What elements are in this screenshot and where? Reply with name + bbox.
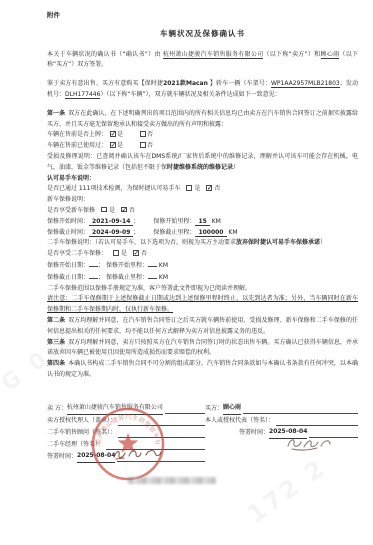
checkbox-used-no[interactable] [140,142,146,148]
option-label-yes: 是 [117,131,123,138]
seller-date-row: 签署时间：2025-08-04 [47,451,205,463]
buyer-rep-row: 本人或授权代表（签名）： [205,415,358,427]
approved-car-title: 认可易手车说明： [47,174,358,185]
article3-number: 第三条 [47,339,65,346]
whereas-paragraph: 鉴于卖方有意出售、买方有意购买【保时捷2021款Macan 】轿车一辆（车架号：… [47,79,358,101]
buyer-label: 买方： [205,404,223,415]
blank-field [148,260,157,267]
article1-paragraph: 第一条双方在此确认，在下述明确列出的项目范围内的所有相关信息均已由卖方在汽车销售… [47,109,358,131]
checkbox-new-warranty-yes[interactable] [101,207,107,213]
article2-body: 双方均理解并同意，在汽车销售合同签订之后买方就车辆售前使用、受损及修理、新车保修… [47,317,358,335]
blank-field [148,272,157,279]
intro-text-1: 本关于车辆状况的确认书（“确认书”）由 [47,51,163,58]
document-page: 附件 车辆状况及保修确认书 本关于车辆状况的确认书（“确认书”）由 杭州萧山捷骏… [0,0,373,545]
article3-body: 双方均理解并同意，卖方只按照买方在汽车销售合同签订时的状态出售车辆。买方确认已获… [47,339,358,357]
buyer-name-value: 顾心雨 [223,403,241,415]
checkbox-row-used: 车辆在售前已使用过：是否 [47,141,358,152]
checkbox-used-yes[interactable] [110,142,116,148]
checkbox-row-tech: 是否已通过 111项技术检测，为保时捷认可易手车是否 [47,184,358,195]
used-note-text-2: ） [320,239,326,246]
warranty-start-km-label: 保修开始里程： [153,218,195,225]
option-label-no: 否 [147,131,153,138]
used-warranty-end-row: 保修截止日期：； 保修截止里程： KM [47,272,358,284]
used-warranty-start-row: 保修开始日期：； 保修开始里程： KM [47,260,358,272]
seller-agent-label: 卖方授权代理人（盖章）： [47,416,116,427]
used-warranty-note: 二手车保修说明：（若认可易手车，以下选项为否，则视为买方主动要求放弃保时捷认可易… [47,238,358,249]
warranty-end-km: 100000 [195,229,226,237]
used-warranty-end-label: 保修截止日期： [47,274,89,281]
sign-date-label: 签署时间： [47,452,77,463]
buyer-sign-date: 2025-08-04 [269,427,307,439]
option-label-yes: 是 [109,207,115,214]
used-warranty-start-km-label: 保修开始里程： [106,262,148,269]
whereas-text-4: ）（以下称“车辆”），双方就车辆状况及相关条件达成如下一致意见： [100,91,280,98]
checkbox-tech-yes[interactable] [186,185,192,191]
checkbox-plate-no[interactable] [140,131,146,137]
article2-number: 第二条 [47,317,65,324]
used-warranty-start-label: 保修开始日期： [47,262,89,269]
damage-text-bold: 时捷维修系统的维修记录 [167,164,233,171]
article4-number: 第四条 [47,360,65,367]
used-note-text-1: 二手车保修说明：（若认可易手车，以下选项为否，则视为买方主动要求 [47,239,236,246]
intro-text-2: （以下称“卖方”）和 [263,51,320,58]
consultant-row: 二手车销售顾问（签名）： [47,427,205,439]
intro-paragraph: 本关于车辆状况的确认书（“确认书”）由 杭州萧山捷骏汽车销售服务有限公司（以下称… [47,50,358,72]
buyer-rep-label: 本人或授权代表（签名）： [205,416,274,427]
signature-line [117,461,205,462]
semicolon: ； [98,274,104,281]
km-unit: KM [212,218,221,225]
seller-company: 杭州萧山捷骏汽车销售服务有限公司 [67,403,163,415]
manager-row: 二手车经理（签名）： [47,439,205,451]
option-label-no: 否 [147,142,153,149]
warranty-start-row: 保修开始时间：2021-09-14；保修开始里程：15 KM [47,217,358,228]
signature-line [106,449,205,450]
seller-sign-date: 2025-08-04 [77,451,115,463]
blank-field [89,272,98,279]
seller-signature-column: 卖 方：杭州萧山捷骏汽车销售服务有限公司 卖方授权代理人（盖章）： 二手车销售顾… [47,403,205,463]
article2-paragraph: 第二条双方均理解并同意，在汽车销售合同签订之后买方就车辆售前使用、受损及修理、新… [47,316,358,338]
used-warranty-end-km-label: 保修截止里程： [106,274,148,281]
signature-line [309,437,358,438]
semicolon: ； [133,229,139,236]
warranty-notice: 请注意：二手车保修期于上述保修截止日期或达到上述保修里程时终止，以先到达者为准；… [47,294,358,316]
option-label-no: 否 [129,207,135,214]
warranty-end-label: 保修截止时间： [47,229,89,236]
used-note-bold: 放弃保时捷认可易手车保修承诺 [236,239,320,246]
blank-field [89,260,98,267]
semicolon: ； [98,262,104,269]
checkbox-row-plate: 车辆在售前是否上牌：是否 [47,130,358,141]
warranty-end-date: 2024-09-09 [89,229,133,237]
checkbox-plate-yes[interactable] [110,131,116,137]
signature-line [243,413,358,414]
article4-body: 本确认书构成二手车销售合同不可分割的组成部分。汽车销售合同条款如与本确认书条款有… [47,360,358,378]
question-label-tech: 是否已通过 111项技术检测，为保时捷认可易手车 [47,185,180,192]
warranty-end-row: 保修截止时间：2024-09-09；保修截止里程：100000 KM [47,228,358,239]
question-label-used: 车辆在售前已使用过： [47,141,107,152]
km-unit: KM [159,262,168,269]
buyer-name: 顾心雨 [321,51,340,59]
option-label-yes: 是 [121,250,127,257]
buyer-date-row: 签署时间：2025-08-04 [205,427,358,439]
km-unit: KM [159,274,168,281]
option-label-no: 否 [214,185,220,192]
semicolon: ； [133,218,139,225]
signature-section: 卖 方：杭州萧山捷骏汽车销售服务有限公司 卖方授权代理人（盖章）： 二手车销售顾… [47,403,358,463]
question-label-used-warranty: 是否享受二手车保修： [47,250,107,257]
article1-number: 第一条 [47,110,65,117]
watermark-text: 172 2 [247,461,326,523]
article4-paragraph: 第四条本确认书构成二手车销售合同不可分割的组成部分。汽车销售合同条款如与本确认书… [47,359,358,381]
signature-line [118,437,205,438]
vin-number: WP1AA2957MLB21803 [271,80,340,88]
checkbox-row-used-warranty: 是否享受二手车保修：是否 [47,249,358,260]
document-title: 车辆状况及保修确认书 [47,29,358,40]
seller-label: 卖 方： [47,404,67,415]
consultant-label: 二手车销售顾问（签名）： [47,428,116,439]
article1-body: 双方在此确认，在下述明确列出的项目范围内的所有相关信息均已由卖方在汽车销售合同签… [47,110,358,128]
redacted-text-strip [128,477,216,484]
question-label-new-warranty: 是否享受新车保修 [47,207,95,214]
checkbox-new-warranty-no[interactable] [121,207,127,213]
question-label-plate: 车辆在售前是否上牌： [47,130,107,141]
checkbox-tech-no[interactable] [206,185,212,191]
warranty-start-label: 保修开始时间： [47,218,89,225]
signature-line [165,413,205,414]
signature-line [118,425,205,426]
vehicle-model: 2021款Macan [163,80,208,87]
damage-note: 受损及修理说明：已查阅并确认该车在DMS系统/厂家售后系统中的维修记录，理解并认… [47,152,358,174]
manager-label: 二手车经理（签名）： [47,440,104,451]
warranty-start-km: 15 [195,218,209,226]
option-label-yes: 是 [117,142,123,149]
checkbox-row-new-warranty: 是否享受新车保修是否 [47,206,358,217]
seller-agent-row: 卖方授权代理人（盖章）： [47,415,205,427]
whereas-text-1: 鉴于卖方有意出售、买方有意购买【保时捷 [47,80,163,87]
seller-name: 杭州萧山捷骏汽车销售服务有限公司 [163,51,264,59]
damage-text-2: ） [233,164,239,171]
engine-number: DLH177446 [65,91,100,99]
seller-row: 卖 方：杭州萧山捷骏汽车销售服务有限公司 [47,403,205,415]
signature-line [276,425,358,426]
warranty-scope-note: 二手车保修范围以保修手册规定为准，客户签署此文件即视为已阅读并理解。 [47,284,358,295]
checkbox-used-warranty-no[interactable] [133,250,139,256]
attachment-label: 附件 [47,10,358,21]
option-label-no: 否 [141,250,147,257]
buyer-row: 买方：顾心雨 [205,403,358,415]
checkbox-used-warranty-yes[interactable] [113,250,119,256]
warranty-end-km-label: 保修截止里程： [153,229,195,236]
sign-date-label: 签署时间： [239,428,269,439]
article3-paragraph: 第三条双方均理解并同意，卖方只按照买方在汽车销售合同签订时的状态出售车辆。买方确… [47,338,358,360]
buyer-signature-column: 买方：顾心雨 本人或授权代表（签名）： 签署时间：2025-08-04 [205,403,358,463]
warranty-start-date: 2021-09-14 [89,218,133,226]
whereas-text-2: 】轿车一辆（车架号： [208,80,271,87]
option-label-yes: 是 [194,185,200,192]
km-unit: KM [228,229,237,236]
new-warranty-title: 新车保修说明： [47,195,358,206]
